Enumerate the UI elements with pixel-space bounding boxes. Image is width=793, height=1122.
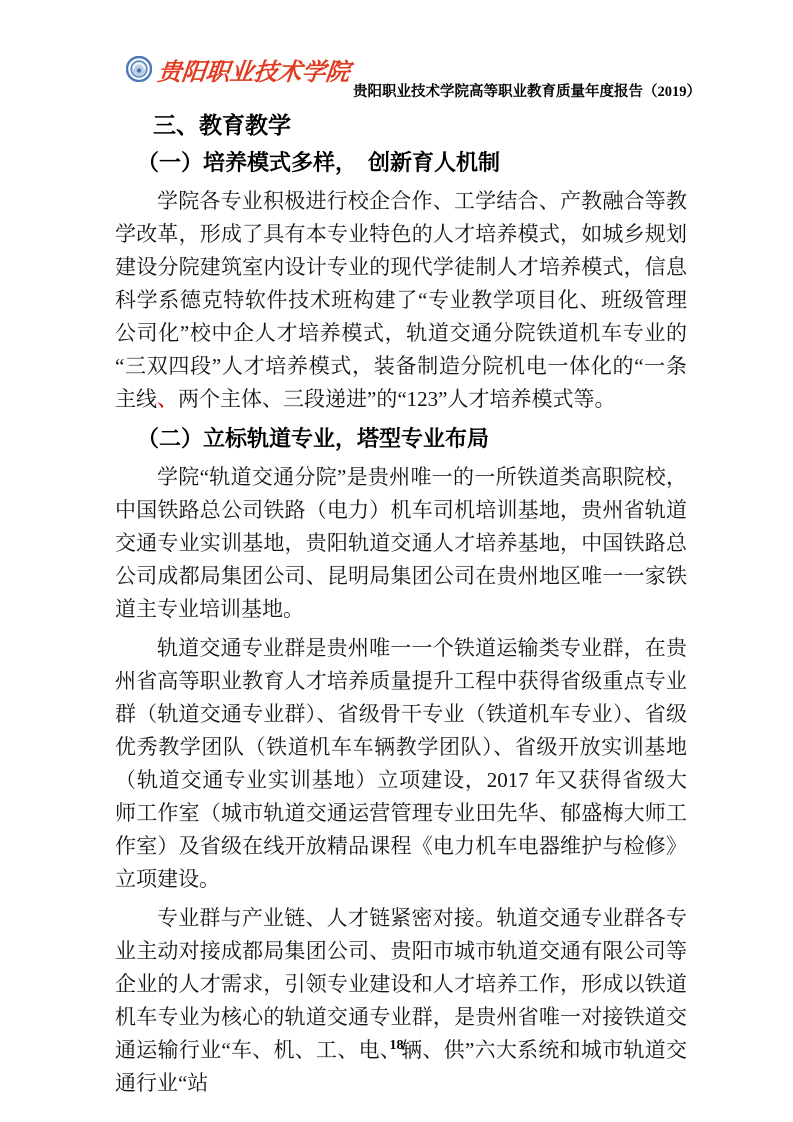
document-body: 三、教育教学 （一）培养模式多样， 创新育人机制 学院各专业积极进行校企合作、工… bbox=[115, 110, 687, 1106]
college-emblem-icon bbox=[126, 56, 152, 82]
paragraph-1-text-cont: 两个主体、三段递进”的“123”人才培养模式等。 bbox=[178, 387, 615, 411]
paragraph-2: 学院“轨道交通分院”是贵州唯一的一所铁道类高职院校，中国铁路总公司铁路（电力）机… bbox=[115, 461, 687, 626]
paragraph-1-red-mark: 、 bbox=[157, 387, 178, 411]
page-header: 贵阳职业技术学院 贵阳职业技术学院高等职业教育质量年度报告（2019） bbox=[126, 48, 701, 101]
subsection-2-heading: （二）立标轨道专业，塔型专业布局 bbox=[115, 424, 687, 453]
paragraph-3: 轨道交通专业群是贵州唯一一个铁道运输类专业群，在贵州省高等职业教育人才培养质量提… bbox=[115, 632, 687, 896]
paragraph-1-text: 学院各专业积极进行校企合作、工学结合、产教融合等教学改革，形成了具有本专业特色的… bbox=[115, 189, 687, 411]
section-heading: 三、教育教学 bbox=[115, 110, 687, 140]
paragraph-4: 专业群与产业链、人才链紧密对接。轨道交通专业群各专业主动对接成都局集团公司、贵阳… bbox=[115, 902, 687, 1100]
college-logo-calligraphy: 贵阳职业技术学院 bbox=[156, 52, 352, 87]
document-page: 贵阳职业技术学院 贵阳职业技术学院高等职业教育质量年度报告（2019） 三、教育… bbox=[0, 0, 793, 1122]
page-number: 18 bbox=[390, 1038, 404, 1053]
page-footer: 18 bbox=[0, 1038, 793, 1054]
subsection-1-heading: （一）培养模式多样， 创新育人机制 bbox=[115, 148, 687, 177]
paragraph-1: 学院各专业积极进行校企合作、工学结合、产教融合等教学改革，形成了具有本专业特色的… bbox=[115, 185, 687, 416]
